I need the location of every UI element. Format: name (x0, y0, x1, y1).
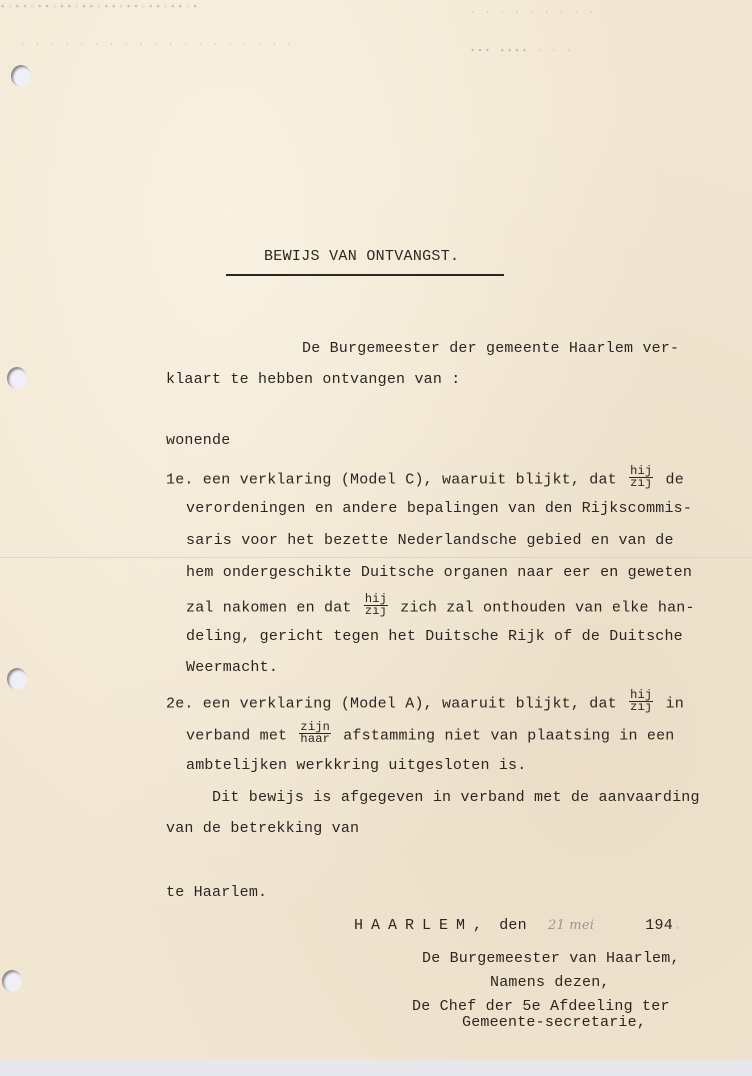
fraction-denominator: zij (629, 702, 653, 713)
item2-line-2-suffix: afstamming niet van plaatsing in een (334, 727, 674, 744)
item2-line-3: ambtelijken werkkring uitgesloten is. (186, 757, 526, 774)
closing-line-1: Dit bewijs is afgegeven in verband met d… (212, 789, 700, 806)
signature-line-1: De Burgemeester van Haarlem, (422, 950, 680, 967)
place-line: te Haarlem. (166, 884, 267, 901)
fraction-denominator: haar (299, 734, 331, 745)
possessive-fraction: zijnhaar (299, 722, 331, 745)
title-underline (226, 274, 504, 276)
bleed-through-marks: · · · · · · · · · (470, 8, 596, 18)
document-title: BEWIJS VAN ONTVANGST. (264, 248, 459, 265)
punch-hole-icon (11, 65, 31, 87)
fraction-denominator: zij (364, 606, 388, 617)
item2-line-2: verband met zijnhaar afstamming niet van… (186, 724, 675, 747)
punch-hole-icon (7, 367, 27, 389)
dateline-den: den (499, 917, 527, 934)
item1-line-6: deling, gericht tegen het Duitsche Rijk … (186, 628, 683, 645)
pronoun-fraction: hijzij (364, 594, 388, 617)
item1-line-7: Weermacht. (186, 659, 278, 676)
dateline-city: HAARLEM, (354, 917, 490, 934)
closing-line-2: van de betrekking van (166, 820, 359, 837)
item1-line-1: 1e. een verklaring (Model C), waaruit bl… (166, 468, 684, 491)
bleed-through-marks: ▪▫▪▪▫▪▪▫▪▪▫▪▪▫▪▪▫▪▪▫▪▪▫▪▪▫▪ (0, 2, 200, 12)
item1-line-2: verordeningen en andere bepalingen van d… (186, 500, 692, 517)
item1-line-5-prefix: zal nakomen en dat (186, 599, 361, 616)
item1-line-1-prefix: 1e. een verklaring (Model C), waaruit bl… (166, 471, 626, 488)
item1-line-1-suffix: de (656, 471, 684, 488)
punch-hole-icon (2, 970, 22, 992)
fraction-denominator: zij (629, 478, 653, 489)
bleed-through-marks: ▪▪▪ ▪▪▪▪ · · · (470, 46, 574, 56)
punch-hole-icon (7, 668, 27, 690)
scanner-background (0, 1060, 752, 1076)
item1-line-3: saris voor het bezette Nederlandsche geb… (186, 532, 674, 549)
item2-line-2-prefix: verband met (186, 727, 296, 744)
item1-line-5: zal nakomen en dat hijzij zich zal ontho… (186, 596, 695, 619)
dateline-year: 194 (645, 917, 673, 934)
handwritten-date: 21 mei (548, 918, 594, 933)
item2-line-1-suffix: in (656, 695, 684, 712)
paper-fold-line (0, 557, 752, 559)
signature-line-3: De Chef der 5e Afdeeling ter (412, 998, 670, 1015)
dateline: HAARLEM, den 21 mei 194. (354, 917, 682, 934)
pronoun-fraction: hijzij (629, 466, 653, 489)
item2-line-1: 2e. een verklaring (Model A), waaruit bl… (166, 692, 684, 715)
pronoun-fraction: hijzij (629, 690, 653, 713)
intro-line-2: klaart te hebben ontvangen van : (166, 371, 460, 388)
item2-line-1-prefix: 2e. een verklaring (Model A), waaruit bl… (166, 695, 626, 712)
bleed-through-marks: · · · · · · · · · · · · · · · · · · · (20, 40, 294, 50)
document-page: ▪▫▪▪▫▪▪▫▪▪▫▪▪▫▪▪▫▪▪▫▪▪▫▪▪▫▪ · · · · · · … (0, 0, 752, 1060)
item1-line-4: hem ondergeschikte Duitsche organen naar… (186, 564, 692, 581)
item1-line-5-suffix: zich zal onthouden van elke han- (391, 599, 695, 616)
wonende-label: wonende (166, 432, 230, 449)
intro-line-1: De Burgemeester der gemeente Haarlem ver… (302, 340, 679, 357)
signature-line-2: Namens dezen, (490, 974, 610, 991)
signature-line-4: Gemeente-secretarie, (462, 1014, 646, 1031)
